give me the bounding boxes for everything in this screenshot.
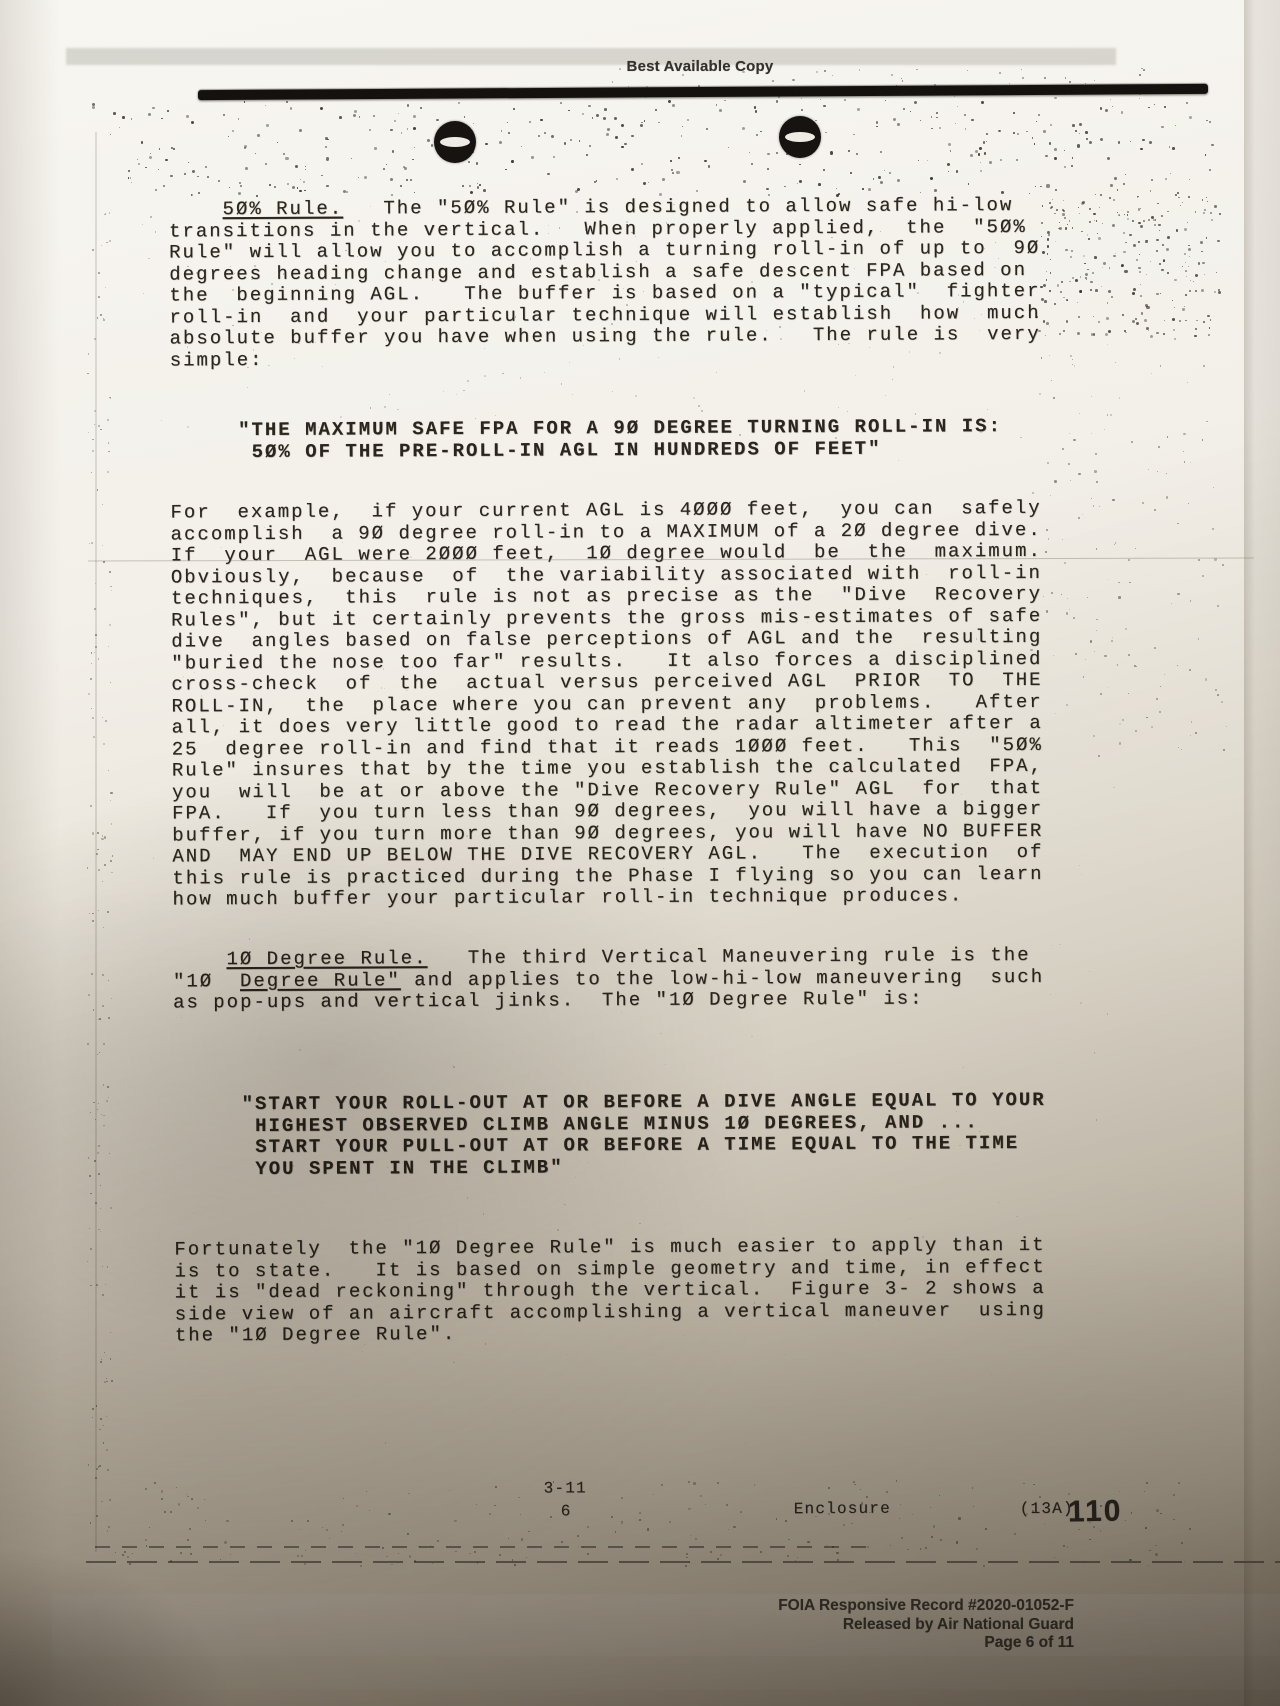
speckle (1145, 1527, 1147, 1529)
speckle (1094, 1052, 1096, 1054)
speckle (710, 91, 712, 93)
speckle (551, 135, 554, 138)
speckle (1017, 133, 1019, 135)
speckle (1158, 446, 1160, 448)
speckle (1079, 290, 1082, 293)
blockquote-10-degree-rule: "START YOUR ROLL-OUT AT OR BEFORE A DIVE… (242, 1090, 1047, 1180)
speckle (92, 106, 95, 109)
speckle (587, 1162, 588, 1163)
speckle (869, 347, 870, 348)
speckle (1056, 209, 1058, 211)
speckle (989, 161, 992, 164)
speckle (658, 357, 659, 358)
speckle (364, 1344, 365, 1345)
speckle (1095, 453, 1097, 455)
speckle (90, 1285, 92, 1287)
speckle (381, 687, 383, 689)
speckle (1100, 138, 1103, 141)
speckle (1214, 205, 1217, 208)
speckle (832, 1546, 834, 1548)
speckle (1226, 726, 1227, 727)
speckle (1217, 240, 1220, 243)
speckle (173, 148, 175, 150)
speckle (586, 154, 588, 156)
speckle (998, 1202, 999, 1203)
speckle (1117, 212, 1118, 213)
speckle (564, 258, 565, 259)
speckle (856, 153, 858, 155)
speckle (1094, 651, 1095, 652)
speckle (496, 1562, 497, 1563)
speckle (91, 652, 92, 653)
speckle (1156, 332, 1159, 335)
speckle (143, 293, 144, 294)
speckle (388, 1513, 390, 1515)
speckle (939, 127, 941, 129)
speckle (767, 168, 770, 171)
speckle (150, 153, 151, 154)
speckle (187, 426, 189, 428)
speckle (701, 410, 703, 412)
speckle (561, 1541, 563, 1543)
speckle (292, 1165, 293, 1166)
speckle (291, 1520, 293, 1522)
page-left-edge-shading (0, 0, 60, 1706)
speckle (1023, 1483, 1025, 1485)
speckle (1059, 333, 1061, 335)
speckle (97, 832, 99, 834)
speckle (1200, 241, 1203, 244)
speckle (1105, 109, 1108, 112)
speckle (639, 1512, 641, 1514)
speckle (1119, 723, 1121, 725)
speckle (1068, 88, 1070, 90)
speckle (878, 1320, 879, 1321)
speckle (103, 1043, 105, 1045)
speckle (113, 112, 116, 115)
speckle (1155, 219, 1157, 221)
speckle (1043, 130, 1046, 133)
speckle (619, 68, 621, 70)
speckle (1221, 701, 1223, 703)
speckle (264, 527, 265, 528)
speckle (189, 556, 191, 558)
speckle (387, 1167, 388, 1168)
speckle (401, 132, 403, 134)
speckle (201, 695, 203, 697)
speckle (339, 116, 342, 119)
speckle (1100, 1505, 1102, 1507)
speckle (326, 157, 329, 160)
speckle (1013, 112, 1015, 114)
speckle (1100, 194, 1102, 196)
speckle (1050, 124, 1052, 126)
speckle (836, 1552, 838, 1554)
speckle (755, 110, 757, 112)
page-right-edge-shading (1244, 0, 1280, 1706)
speckle (1118, 214, 1120, 216)
speckle (661, 1484, 663, 1486)
speckle (917, 292, 918, 293)
speckle (910, 1218, 911, 1219)
speckle (880, 231, 881, 232)
speckle (99, 1018, 101, 1020)
speckle (1202, 439, 1203, 440)
speckle (454, 1520, 456, 1522)
speckle (1079, 865, 1080, 866)
speckle (1094, 256, 1097, 259)
speckle (553, 739, 555, 741)
speckle (1164, 106, 1166, 108)
speckle (528, 291, 529, 292)
speckle (691, 550, 692, 551)
speckle (583, 1547, 584, 1548)
speckle (907, 1549, 909, 1551)
speckle (106, 1378, 107, 1379)
speckle (101, 1359, 102, 1360)
speckle (224, 1541, 226, 1543)
speckle (1052, 199, 1053, 200)
speckle (1139, 254, 1140, 255)
paragraph-50-percent-rule: 5Ø% Rule. The "5Ø% Rule" is designed to … (169, 195, 1041, 372)
speckle (1198, 638, 1200, 640)
speckle (455, 1551, 457, 1553)
speckle (340, 416, 342, 418)
speckle (577, 188, 580, 191)
speckle (1108, 579, 1109, 580)
speckle (873, 178, 875, 180)
speckle (384, 688, 385, 689)
speckle (1100, 693, 1102, 695)
speckle (1102, 223, 1103, 224)
speckle (1113, 255, 1116, 258)
speckle (192, 170, 195, 173)
speckle (476, 1504, 477, 1505)
speckle (639, 1519, 641, 1521)
speckle (689, 1562, 690, 1563)
speckle (287, 183, 289, 185)
speckle (1078, 316, 1080, 318)
speckle (1087, 234, 1089, 236)
speckle (149, 1527, 150, 1528)
speckle (1070, 355, 1072, 357)
paragraph-10-degree-rule: 1Ø Degree Rule. The third Vertical Maneu… (173, 945, 1044, 1014)
speckle (1071, 250, 1073, 252)
speckle (659, 193, 662, 196)
speckle (508, 132, 510, 134)
speckle (1078, 517, 1080, 519)
speckle (1063, 210, 1065, 212)
speckle (1045, 551, 1046, 552)
speckle (170, 1511, 172, 1513)
speckle (245, 167, 248, 170)
speckle (99, 1465, 101, 1467)
speckle (1140, 295, 1142, 297)
speckle (529, 121, 531, 123)
speckle (964, 114, 966, 116)
speckle (232, 289, 233, 290)
speckle (1151, 373, 1152, 374)
speckle (1183, 433, 1186, 436)
speckle (940, 1539, 942, 1541)
speckle (463, 390, 465, 392)
speckle (956, 170, 959, 173)
speckle (751, 1036, 753, 1038)
speckle (1049, 355, 1050, 356)
speckle (92, 1408, 94, 1410)
speckle (364, 176, 367, 179)
speckle (807, 622, 808, 623)
speckle (108, 442, 109, 443)
speckle (469, 185, 471, 187)
speckle (1108, 330, 1111, 333)
speckle (576, 211, 578, 213)
speckle (903, 108, 905, 110)
speckle (1080, 1002, 1082, 1004)
speckle (1139, 271, 1141, 273)
speckle (420, 107, 422, 109)
page-number-stamp: 110 (1068, 1495, 1123, 1530)
speckle (624, 143, 626, 145)
speckle (985, 1528, 987, 1530)
speckle (1138, 222, 1141, 225)
speckle (1044, 300, 1047, 303)
speckle (1211, 144, 1213, 146)
speckle (520, 377, 521, 378)
speckle (1177, 192, 1179, 194)
speckle (1053, 397, 1055, 399)
speckle (1107, 157, 1110, 160)
speckle (641, 122, 643, 124)
speckle (1135, 318, 1137, 320)
speckle (639, 1223, 640, 1224)
speckle (1093, 735, 1095, 737)
speckle (95, 1119, 96, 1120)
speckle (1148, 469, 1149, 470)
speckle (1132, 220, 1134, 222)
speckle (1209, 169, 1211, 171)
speckle (386, 339, 388, 341)
speckle (1081, 202, 1084, 205)
speckle (91, 542, 93, 544)
speckle (548, 225, 549, 226)
speckle (1115, 362, 1116, 363)
speckle (592, 208, 593, 209)
speckle (304, 190, 305, 191)
speckle (271, 283, 273, 285)
speckle (171, 147, 173, 149)
speckle (1136, 259, 1138, 261)
speckle (899, 1518, 900, 1519)
speckle (1078, 473, 1080, 475)
speckle (956, 1111, 957, 1112)
speckle (843, 1524, 845, 1526)
speckle (1046, 184, 1049, 187)
speckle (1072, 364, 1073, 365)
speckle (745, 1443, 746, 1444)
speckle (342, 542, 343, 543)
speckle (1085, 277, 1087, 279)
speckle (458, 102, 460, 104)
speckle (108, 770, 109, 771)
speckle (1194, 335, 1197, 338)
speckle (107, 419, 109, 421)
speckle (994, 267, 996, 269)
speckle (1009, 1382, 1010, 1383)
speckle (1032, 137, 1033, 138)
speckle (751, 163, 753, 165)
section-page-number: 3-11 (544, 1479, 587, 1497)
speckle (1094, 220, 1095, 221)
speckle (1063, 330, 1065, 332)
speckle (107, 911, 109, 913)
speckle (254, 265, 256, 267)
speckle (305, 166, 306, 167)
speckle (299, 129, 302, 132)
speckle (101, 1501, 102, 1502)
speckle (205, 166, 207, 168)
speckle (512, 1559, 513, 1560)
speckle (1119, 742, 1121, 744)
speckle (1161, 269, 1164, 272)
speckle (286, 101, 288, 103)
speckle (1162, 244, 1164, 246)
speckle (1187, 382, 1189, 384)
speckle (111, 998, 112, 999)
speckle (1205, 154, 1207, 156)
speckle (374, 147, 376, 149)
speckle (673, 204, 674, 205)
speckle (963, 301, 965, 303)
speckle (508, 246, 510, 248)
speckle (930, 177, 933, 180)
speckle (876, 126, 878, 128)
speckle (1139, 93, 1141, 95)
speckle (1189, 179, 1190, 180)
speckle (1047, 238, 1049, 240)
speckle (1064, 217, 1066, 219)
speckle (922, 1236, 924, 1238)
speckle (1106, 317, 1109, 320)
speckle (148, 113, 151, 116)
speckle (467, 1197, 468, 1198)
speckle (111, 872, 113, 874)
speckle (1154, 88, 1155, 89)
speckle (1079, 123, 1082, 126)
speckle (111, 590, 112, 591)
speckle (1089, 1539, 1091, 1541)
speckle (1051, 592, 1053, 594)
speckle (207, 176, 209, 178)
speckle (1189, 116, 1192, 119)
speckle (283, 273, 285, 275)
speckle (785, 1520, 787, 1522)
speckle (1172, 147, 1175, 150)
speckle (724, 100, 726, 102)
scan-dash-artifact (86, 1561, 1280, 1563)
speckle (1095, 289, 1098, 292)
speckle (647, 1528, 650, 1531)
speckle (614, 117, 617, 120)
speckle (1118, 582, 1119, 583)
speckle (1049, 142, 1051, 144)
speckle (690, 1508, 691, 1509)
speckle (754, 106, 757, 109)
speckle (1092, 272, 1094, 274)
speckle (1044, 77, 1046, 79)
speckle (889, 608, 890, 609)
speckle (1214, 558, 1216, 560)
speckle (1050, 994, 1051, 995)
speckle (557, 1229, 559, 1231)
speckle (981, 101, 984, 104)
speckle (357, 256, 358, 257)
speckle (1150, 190, 1152, 192)
foia-release-stamp: FOIA Responsive Record #2020-01052-F Rel… (700, 1597, 1074, 1653)
speckle (228, 136, 229, 137)
speckle (947, 163, 950, 166)
speckle (1208, 334, 1210, 336)
speckle (1155, 1545, 1157, 1547)
speckle (103, 1425, 104, 1426)
speckle (389, 394, 390, 395)
speckle (122, 116, 124, 118)
typewritten-content: 5Ø% Rule. The "5Ø% Rule" is designed to … (0, 0, 1280, 1706)
speckle (443, 391, 444, 392)
speckle (626, 304, 628, 306)
speckle (226, 1520, 228, 1522)
speckle (1115, 253, 1116, 254)
speckle (560, 270, 562, 272)
speckle (1059, 222, 1060, 223)
speckle (1119, 397, 1120, 398)
speckle (1184, 461, 1186, 463)
speckle (816, 71, 818, 73)
speckle (1159, 230, 1160, 231)
speckle (1073, 439, 1075, 441)
speckle (604, 88, 605, 89)
speckle (560, 102, 562, 104)
speckle (1105, 333, 1108, 336)
speckle (456, 394, 457, 395)
speckle (970, 154, 973, 157)
speckle (103, 561, 105, 563)
speckle (824, 70, 826, 72)
speckle (1160, 293, 1161, 294)
speckle (1093, 1526, 1095, 1528)
speckle (1146, 717, 1147, 718)
speckle (474, 1551, 476, 1553)
speckle (1078, 207, 1080, 209)
speckle (266, 124, 269, 127)
speckle (1150, 335, 1153, 338)
speckle (514, 1564, 515, 1565)
speckle (88, 432, 89, 433)
speckle (1054, 1557, 1055, 1558)
speckle (538, 135, 540, 137)
speckle (229, 187, 230, 188)
speckle (466, 835, 467, 836)
speckle (1093, 213, 1096, 216)
speckle (1065, 227, 1067, 229)
speckle (392, 150, 394, 152)
enclosure-number: (13A) (1020, 1500, 1074, 1518)
speckle (521, 146, 522, 147)
speckle (1137, 196, 1138, 197)
speckle (431, 144, 433, 146)
blockquote-50-percent-rule: "THE MAXIMUM SAFE FPA FOR A 9Ø DEGREE TU… (238, 416, 1002, 463)
speckle (956, 1541, 958, 1543)
